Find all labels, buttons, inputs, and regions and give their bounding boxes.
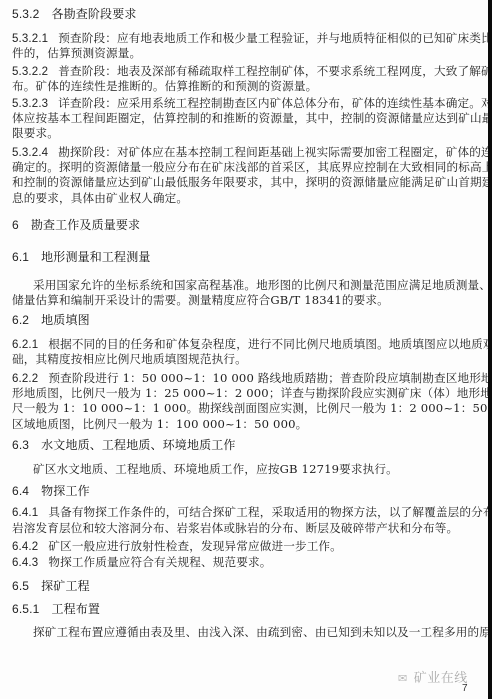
text-line: 矿区一般应进行放射性检查，发现异常应做进一步工作。 [48, 539, 342, 553]
text-line: 尺一般为 1：10 000~1：1 000。勘探线剖面图应实测，比例尺一般为 1… [12, 401, 482, 416]
text-line: 确定的。探明的资源储量一般应分布在矿床浅部的首采区，其底界应控制在大致相同的标高… [12, 160, 482, 175]
section-number: 6.3 [12, 438, 29, 452]
section-heading-6-3: 6.3水文地质、工程地质、环境地质工作 [12, 438, 482, 453]
section-number: 5.3.2 [12, 7, 39, 21]
clause-number: 6.2.1 [12, 339, 38, 351]
section-number: 6 [12, 218, 19, 232]
scan-edge [488, 0, 492, 699]
clause-5-3-2-1: 5.3.2.1预查阶段：应有地表地质工作和极少量工程验证，并与地质特征相似的已知… [12, 31, 482, 47]
clause-6-2-1: 6.2.1根据不同的目的任务和矿体复杂程度，进行不同比例尺地质填图。地质填图应以… [12, 337, 482, 353]
clause-number: 6.4.2 [12, 541, 38, 553]
section-number: 6.5 [12, 579, 29, 593]
section-number: 6.5.1 [12, 602, 39, 616]
clause-number: 6.2.2 [12, 373, 38, 385]
clause-number: 6.4.1 [12, 507, 38, 519]
clause-6-4-1: 6.4.1具备有物探工作条件的，可结合探矿工程，采取适用的物探方法，以了解覆盖层… [12, 505, 482, 521]
section-heading-6: 6勘查工作及质量要求 [12, 218, 482, 233]
text-line: 限要求。 [12, 126, 482, 141]
clause-number: 5.3.2.2 [12, 66, 48, 78]
clause-5-3-2-4: 5.3.2.4勘探阶段：对矿体应在基本控制工程间距基础上视实际需要加密工程圈定，… [12, 145, 482, 161]
clause-5-3-2-2: 5.3.2.2普查阶段：地表及深部有稀疏取样工程控制矿体，不要求系统工程网度，大… [12, 64, 482, 80]
text-line: 根据不同的目的任务和矿体复杂程度，进行不同比例尺地质填图。地质填图应以地质观察为… [48, 337, 492, 351]
clause-6-2-2: 6.2.2预查阶段进行 1：50 000~1：10 000 路线地质踏勘；普查阶… [12, 371, 482, 387]
section-number: 6.4 [12, 484, 29, 498]
section-heading-5-3-2: 5.3.2各勘查阶段要求 [12, 7, 482, 22]
section-title: 物探工作 [41, 484, 90, 498]
text-line: 件的，估算预测资源量。 [12, 46, 482, 61]
text-line: 岩溶发育层位和较大溶洞分布、岩浆岩体或脉岩的分布、断层及破碎带产状和分布等。 [12, 521, 482, 536]
text-line: 勘探阶段：对矿体应在基本控制工程间距基础上视实际需要加密工程圈定，矿体的连续性是 [58, 145, 492, 159]
section-number: 6.2 [12, 313, 29, 327]
section-heading-6-5: 6.5探矿工程 [12, 579, 482, 594]
section-title: 各勘查阶段要求 [51, 7, 136, 21]
watermark-text: 矿业在线 [414, 671, 468, 686]
wechat-icon: ✉ [398, 672, 408, 685]
section-heading-6-4: 6.4物探工作 [12, 484, 482, 499]
clause-6-4-3: 6.4.3物探工作质量应符合有关规程、规范要求。 [12, 555, 482, 571]
section-title: 地质填图 [41, 313, 90, 327]
text-line: 和控制的资源储量应达到矿山最低服务年限要求，其中，探明的资源储量应能满足矿山首期… [12, 175, 482, 190]
section-heading-6-1: 6.1地形测量和工程测量 [12, 250, 482, 265]
text-line: 具备有物探工作条件的，可结合探矿工程，采取适用的物探方法，以了解覆盖层的分布和厚… [48, 505, 492, 519]
text-line: 息的要求，具体由矿业权人确定。 [12, 191, 482, 206]
section-heading-6-5-1: 6.5.1工程布置 [12, 602, 482, 617]
document-page: 5.3.2各勘查阶段要求 5.3.2.1预查阶段：应有地表地质工作和极少量工程验… [0, 0, 488, 699]
section-title: 地形测量和工程测量 [41, 250, 150, 264]
section-number: 6.1 [12, 250, 29, 264]
page-number: 7 [462, 683, 468, 694]
clause-5-3-2-3: 5.3.2.3详查阶段：应采用系统工程控制勘查区内矿体总体分布，矿体的连续性基本… [12, 96, 482, 112]
section-title: 工程布置 [51, 602, 100, 616]
watermark: ✉矿业在线 [398, 667, 468, 686]
clause-6-4-2: 6.4.2矿区一般应进行放射性检查，发现异常应做进一步工作。 [12, 539, 482, 555]
text-line: 区域地质图，比例尺一般为 1：100 000~1：50 000。 [12, 417, 482, 432]
text-line: 矿区水文地质、工程地质、环境地质工作，应按GB 12719要求执行。 [33, 462, 492, 477]
section-title: 水文地质、工程地质、环境地质工作 [41, 438, 235, 452]
clause-number: 5.3.2.1 [12, 33, 48, 45]
text-line: 采用国家允许的坐标系统和国家高程基准。地形图的比例尺和测量范围应满足地质测量、矿… [33, 278, 492, 293]
text-line: 体应按基本工程间距圈定，估算控制的和推断的资源量，其中，控制的资源储量应达到矿山… [12, 111, 482, 126]
text-line: 详查阶段：应采用系统工程控制勘查区内矿体总体分布，矿体的连续性基本确定。对主要矿 [58, 96, 492, 110]
clause-number: 5.3.2.4 [12, 147, 48, 159]
text-line: 础，其精度按相应比例尺地质填图规范执行。 [12, 352, 482, 367]
section-title: 探矿工程 [41, 579, 90, 593]
clause-number: 6.4.3 [12, 557, 38, 569]
text-line: 预查阶段：应有地表地质工作和极少量工程验证，并与地质特征相似的已知矿床类比，有条 [58, 31, 492, 45]
text-line: 预查阶段进行 1：50 000~1：10 000 路线地质踏勘；普查阶段应填制勘… [48, 371, 492, 385]
section-heading-6-2: 6.2地质填图 [12, 313, 482, 328]
clause-number: 5.3.2.3 [12, 98, 48, 110]
text-line: 形地质图，比例尺一般为 1：25 000~1：2 000；详查与勘探阶段应实测矿… [12, 386, 482, 401]
text-line: 储量估算和编制开采设计的需要。测量精度应符合GB/T 18341的要求。 [12, 293, 482, 308]
section-title: 勘查工作及质量要求 [31, 218, 140, 232]
text-line: 布。矿体的连续性是推断的。估算推断的和预测的资源量。 [12, 79, 482, 94]
text-line: 探矿工程布置应遵循由表及里、由浅入深、由疏到密、由已知到未知以及一工程多用的原则… [33, 625, 492, 640]
text-line: 物探工作质量应符合有关规程、规范要求。 [48, 555, 271, 569]
text-line: 普查阶段：地表及深部有稀疏取样工程控制矿体，不要求系统工程网度，大致了解矿体的分 [58, 64, 492, 78]
